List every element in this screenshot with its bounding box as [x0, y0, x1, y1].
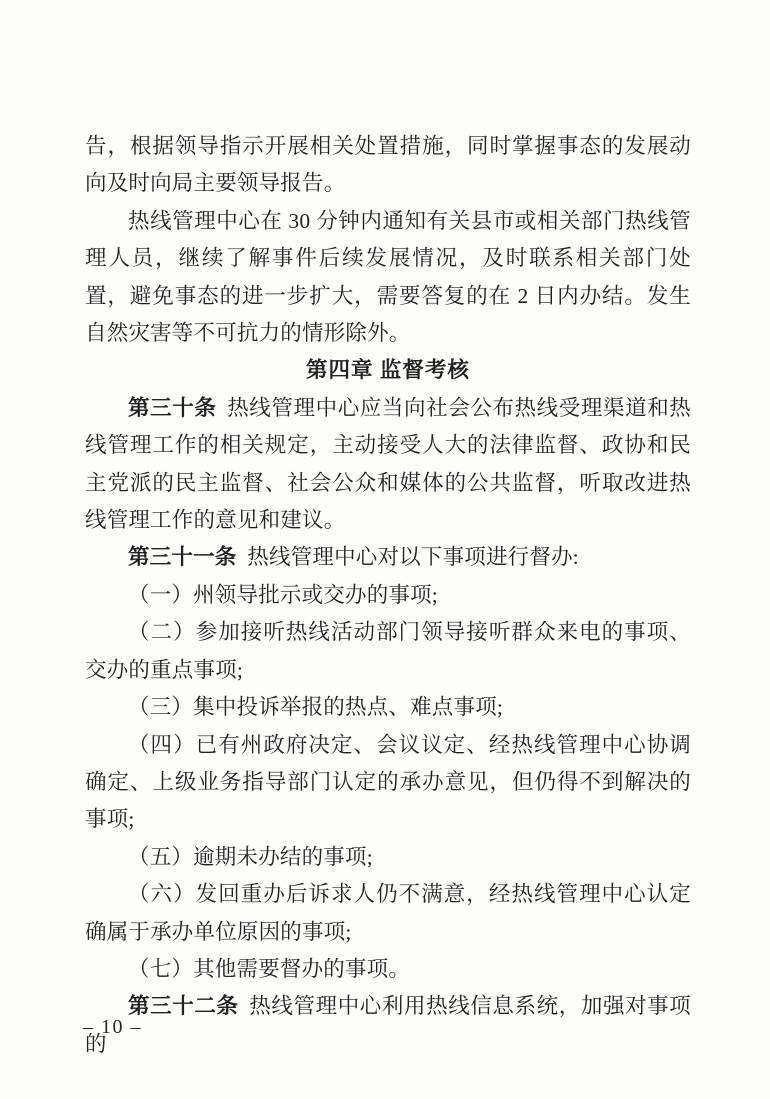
- paragraph-notification-procedure: 热线管理中心在 30 分钟内通知有关县市或相关部门热线管理人员，继续了解事件后续…: [85, 203, 691, 353]
- article-30: 第三十条热线管理中心应当向社会公布热线受理渠道和热线管理工作的相关规定，主动接受…: [85, 390, 691, 540]
- page-number: – 10 –: [83, 1013, 142, 1041]
- chapter-heading: 第四章 监督考核: [85, 352, 691, 389]
- document-body: 告，根据领导指示开展相关处置措施，同时掌握事态的发展动向及时向局主要领导报告。 …: [85, 128, 691, 1063]
- supervision-item-5: （五）逾期未办结的事项;: [85, 839, 691, 876]
- article-32-number: 第三十二条: [128, 994, 239, 1018]
- supervision-item-1: （一）州领导批示或交办的事项;: [85, 577, 691, 614]
- supervision-item-3: （三）集中投诉举报的热点、难点事项;: [85, 689, 691, 726]
- continuation-paragraph: 告，根据领导指示开展相关处置措施，同时掌握事态的发展动向及时向局主要领导报告。: [85, 128, 691, 203]
- article-30-number: 第三十条: [128, 396, 216, 420]
- article-31-text: 热线管理中心对以下事项进行督办:: [247, 545, 579, 569]
- supervision-item-6: （六）发回重办后诉求人仍不满意，经热线管理中心认定确属于承办单位原因的事项;: [85, 876, 691, 951]
- supervision-item-7: （七）其他需要督办的事项。: [85, 951, 691, 988]
- supervision-item-2: （二）参加接听热线活动部门领导接听群众来电的事项、交办的重点事项;: [85, 614, 691, 689]
- supervision-item-4: （四）已有州政府决定、会议议定、经热线管理中心协调确定、上级业务指导部门认定的承…: [85, 727, 691, 839]
- scanned-document-page: 告，根据领导指示开展相关处置措施，同时掌握事态的发展动向及时向局主要领导报告。 …: [0, 0, 770, 1099]
- article-32: 第三十二条热线管理中心利用热线信息系统，加强对事项的: [85, 988, 691, 1063]
- article-31: 第三十一条热线管理中心对以下事项进行督办:: [85, 539, 691, 576]
- article-31-number: 第三十一条: [128, 545, 237, 569]
